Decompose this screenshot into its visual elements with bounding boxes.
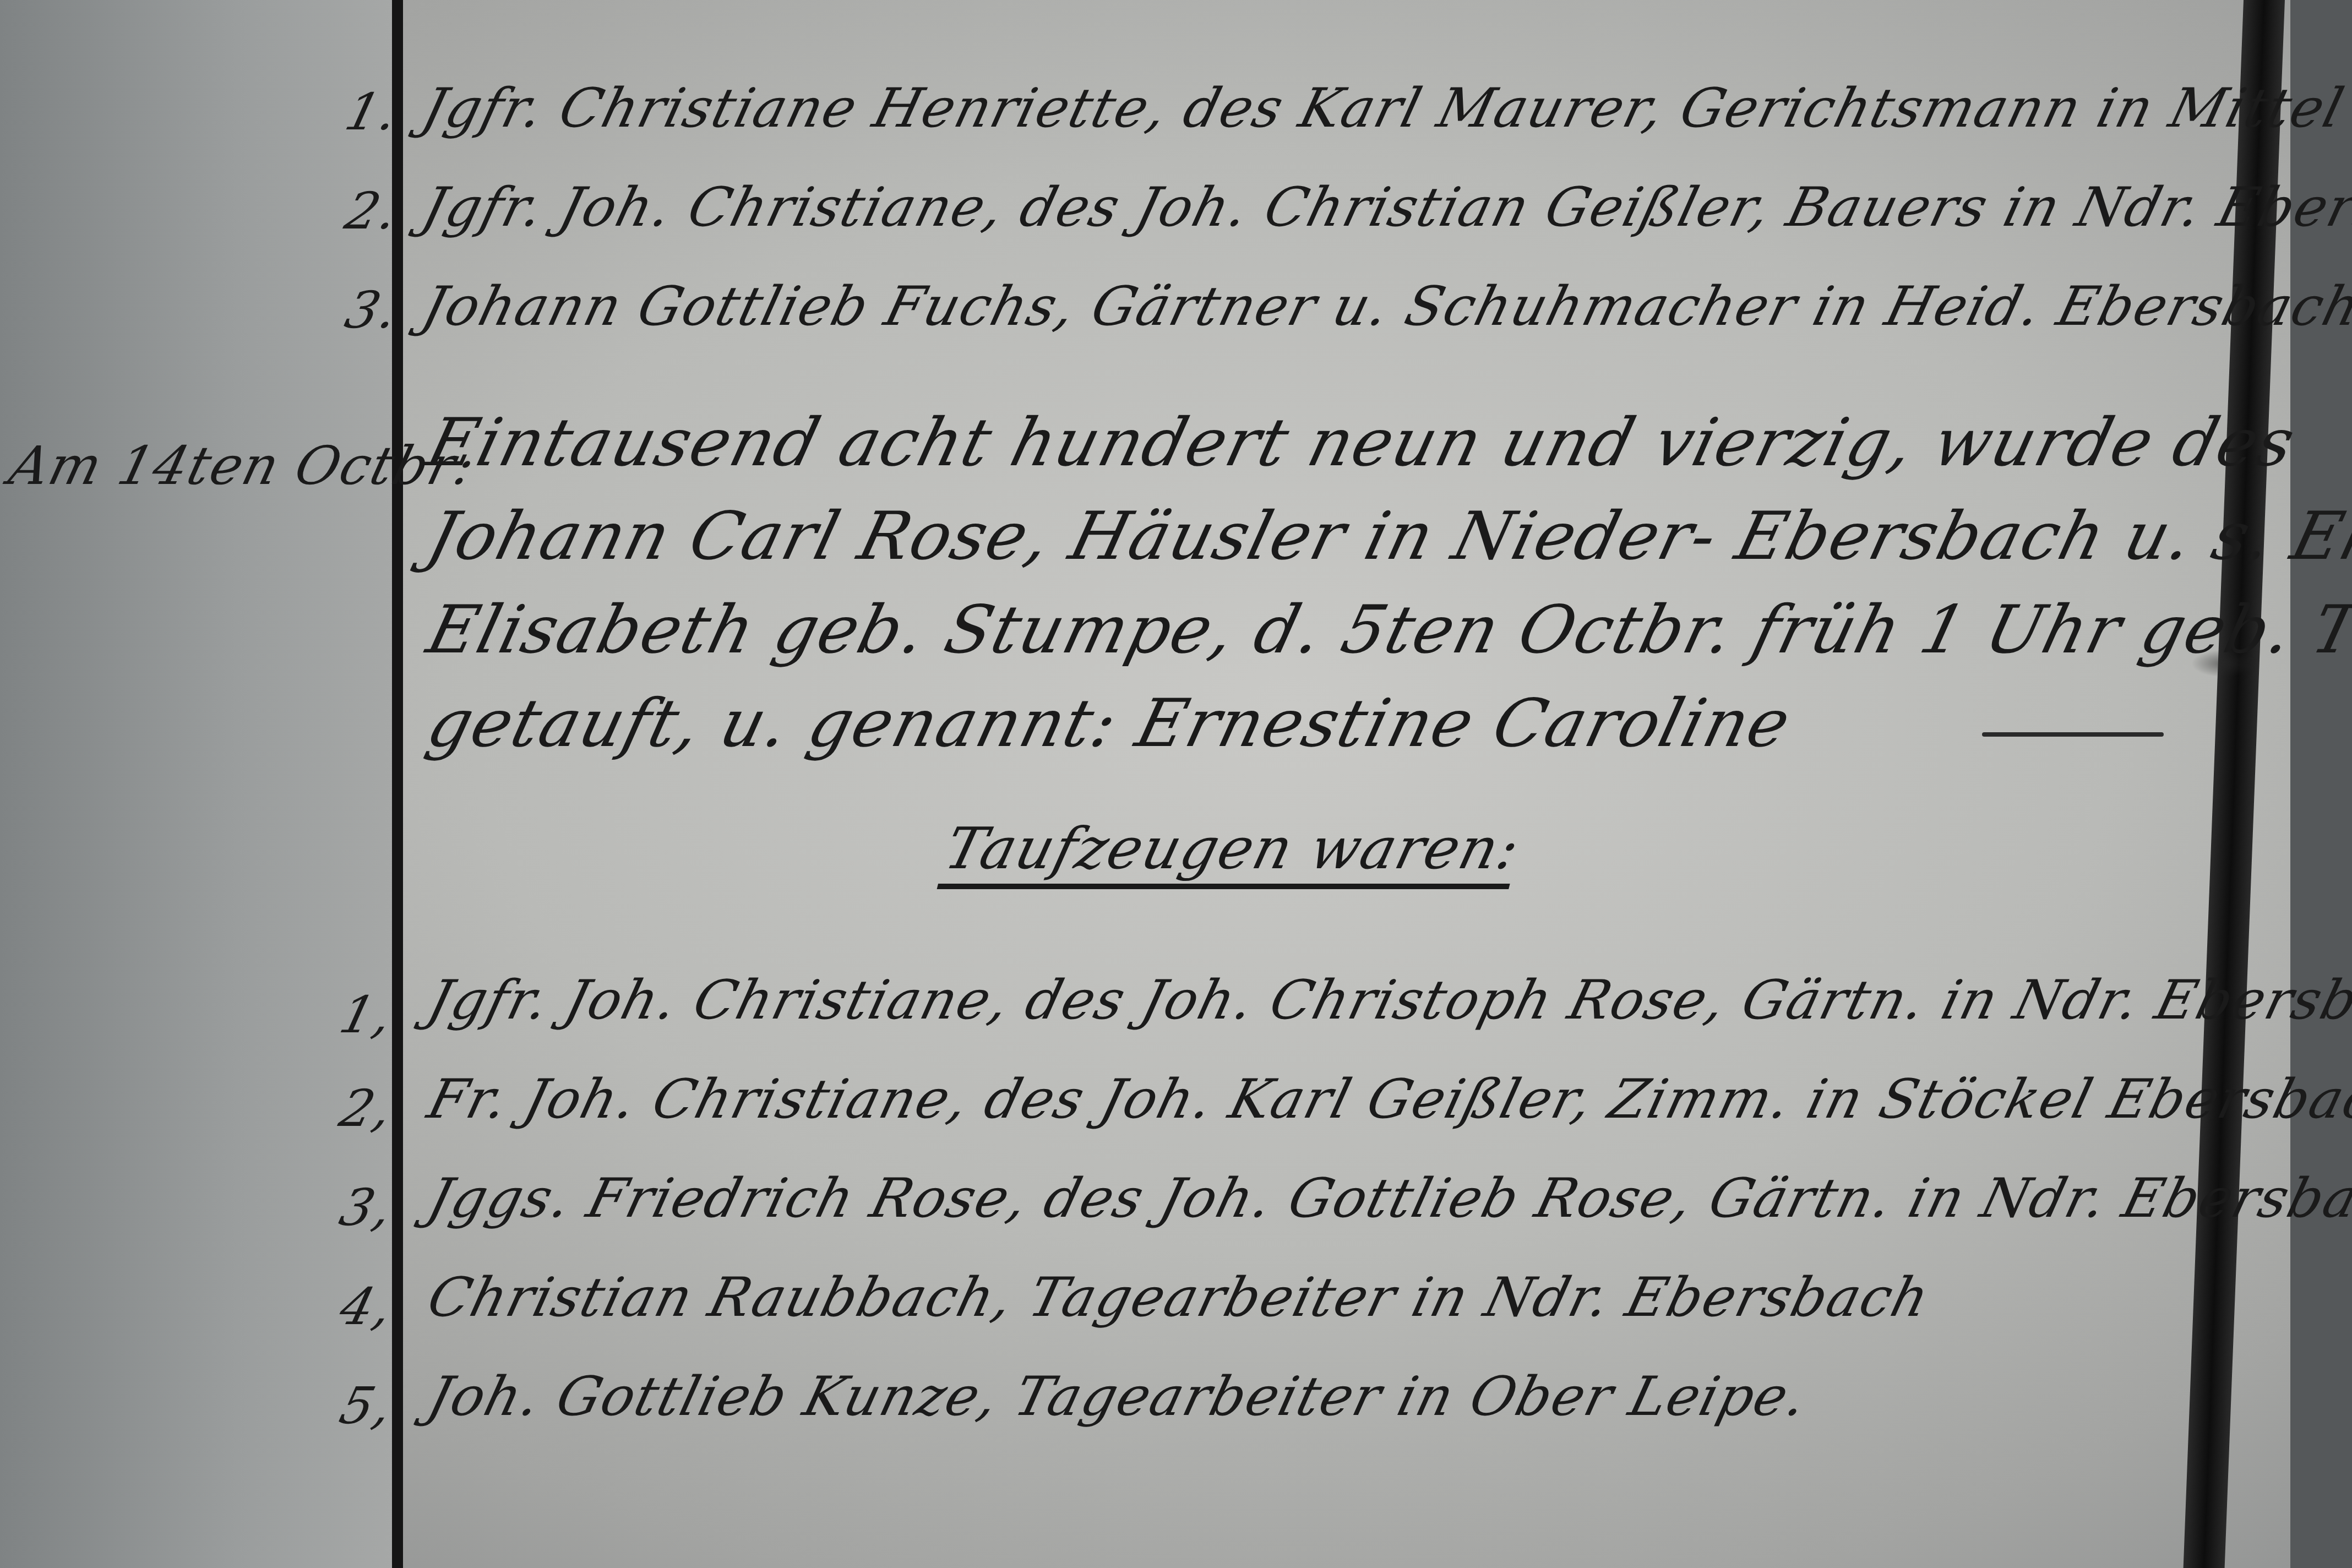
prior-sponsor-line: Jgfr. Joh. Christiane, des Joh. Christia… <box>416 176 2352 239</box>
entry-line: Elisabeth geb. Stumpe, d. 5ten Octbr. fr… <box>420 592 2352 668</box>
entry-line: Eintausend acht hundert neun und vierzig… <box>420 405 2303 481</box>
sponsor-line: Christian Raubbach, Tagearbeiter in Ndr.… <box>422 1266 1936 1329</box>
sponsor-line: Fr. Joh. Christiane, des Joh. Karl Geißl… <box>422 1068 2352 1131</box>
sponsor-line: Joh. Gottlieb Kunze, Tagearbeiter in Obe… <box>422 1365 1814 1428</box>
margin-rule-line <box>392 0 403 1568</box>
line-end-dash <box>1982 732 2164 737</box>
entry-line: Johann Carl Rose, Häusler in Nieder- Ebe… <box>420 498 2352 575</box>
sponsors-heading: Taufzeugen waren: <box>939 815 1527 882</box>
entry-line: getauft, u. genannt: Ernestine Caroline <box>420 685 1799 762</box>
prior-sponsor-line: Johann Gottlieb Fuchs, Gärtner u. Schuhm… <box>416 275 2352 338</box>
ink-smudge <box>2191 650 2257 677</box>
document-page: 1. Jgfr. Christiane Henriette, des Karl … <box>0 0 2352 1568</box>
sponsor-line: Jggs. Friedrich Rose, des Joh. Gottlieb … <box>422 1167 2352 1230</box>
entry-date: Am 14ten Octbr: <box>3 435 482 497</box>
sponsor-line: Jgfr. Joh. Christiane, des Joh. Christop… <box>422 969 2352 1032</box>
prior-sponsor-line: Jgfr. Christiane Henriette, des Karl Mau… <box>416 77 2352 140</box>
